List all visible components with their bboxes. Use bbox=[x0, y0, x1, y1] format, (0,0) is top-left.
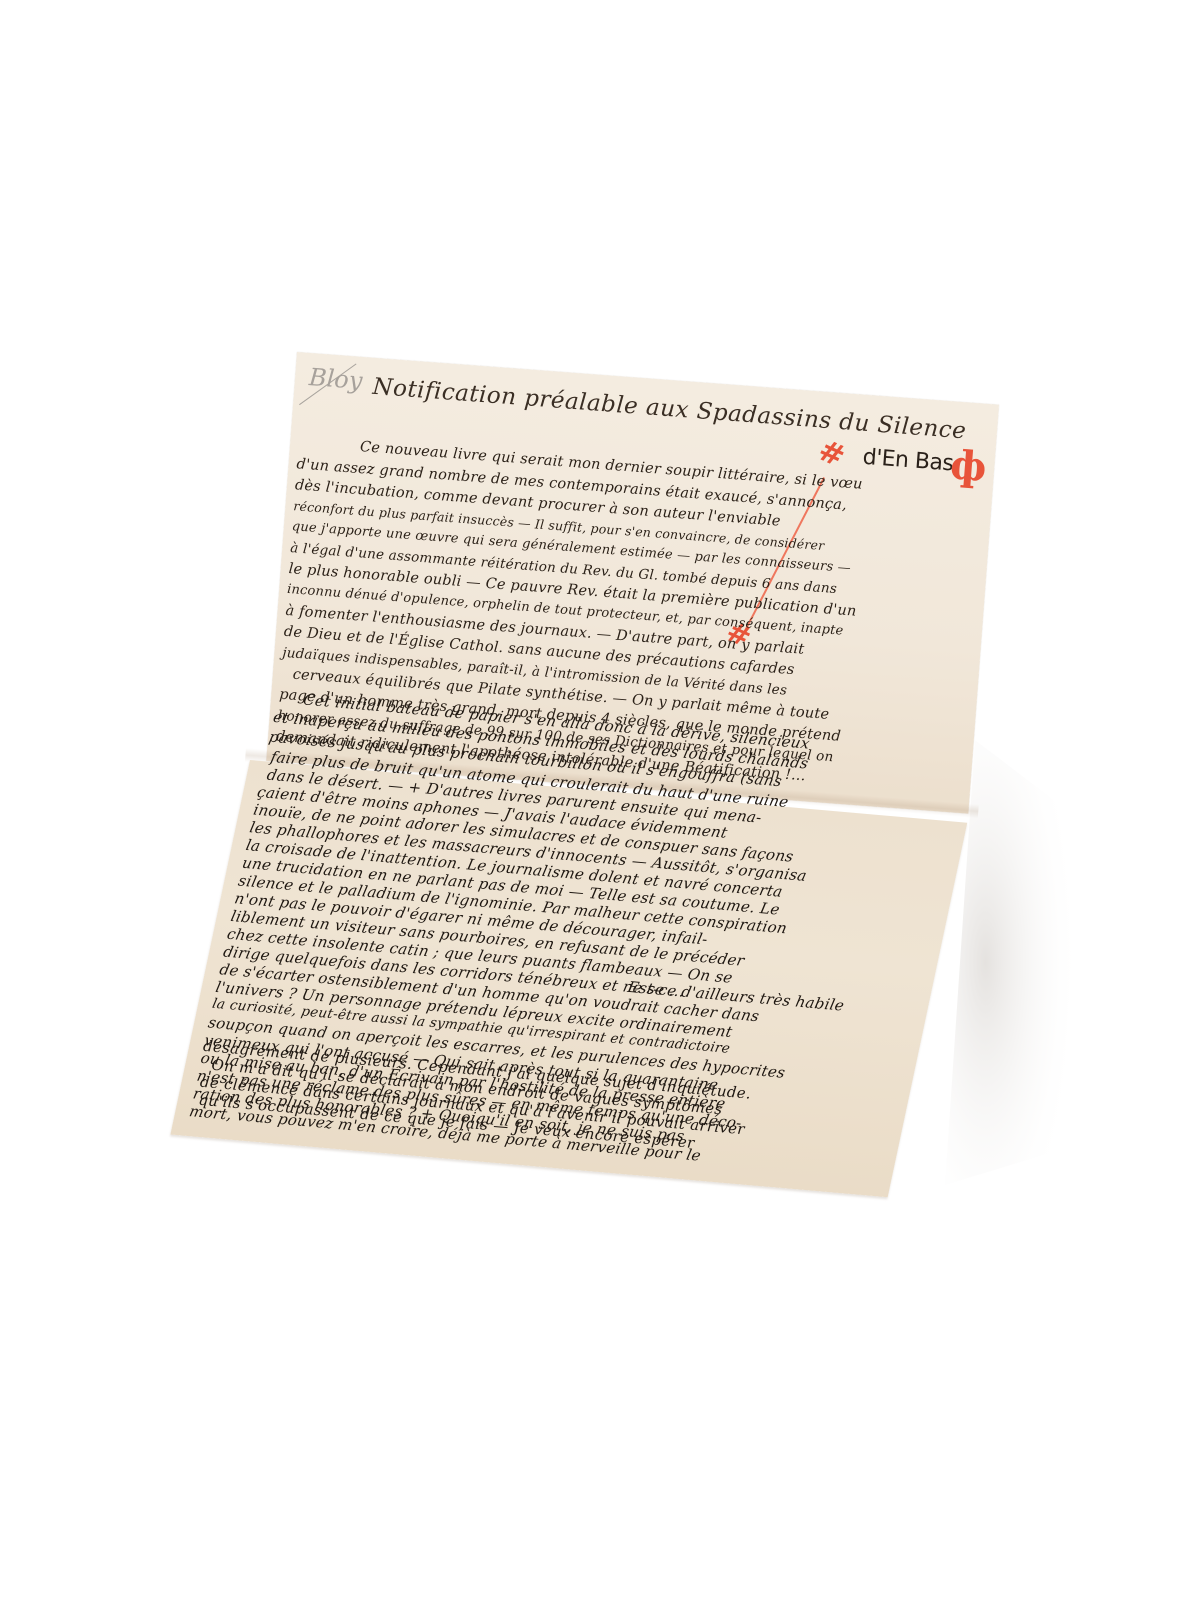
manuscript-title: Notification préalable aux Spadassins du… bbox=[372, 374, 968, 445]
manuscript-subtitle: d'En Bas bbox=[862, 445, 955, 477]
red-pencil-mark-top: # bbox=[813, 433, 850, 475]
red-pencil-mark-right: ф bbox=[949, 441, 989, 491]
